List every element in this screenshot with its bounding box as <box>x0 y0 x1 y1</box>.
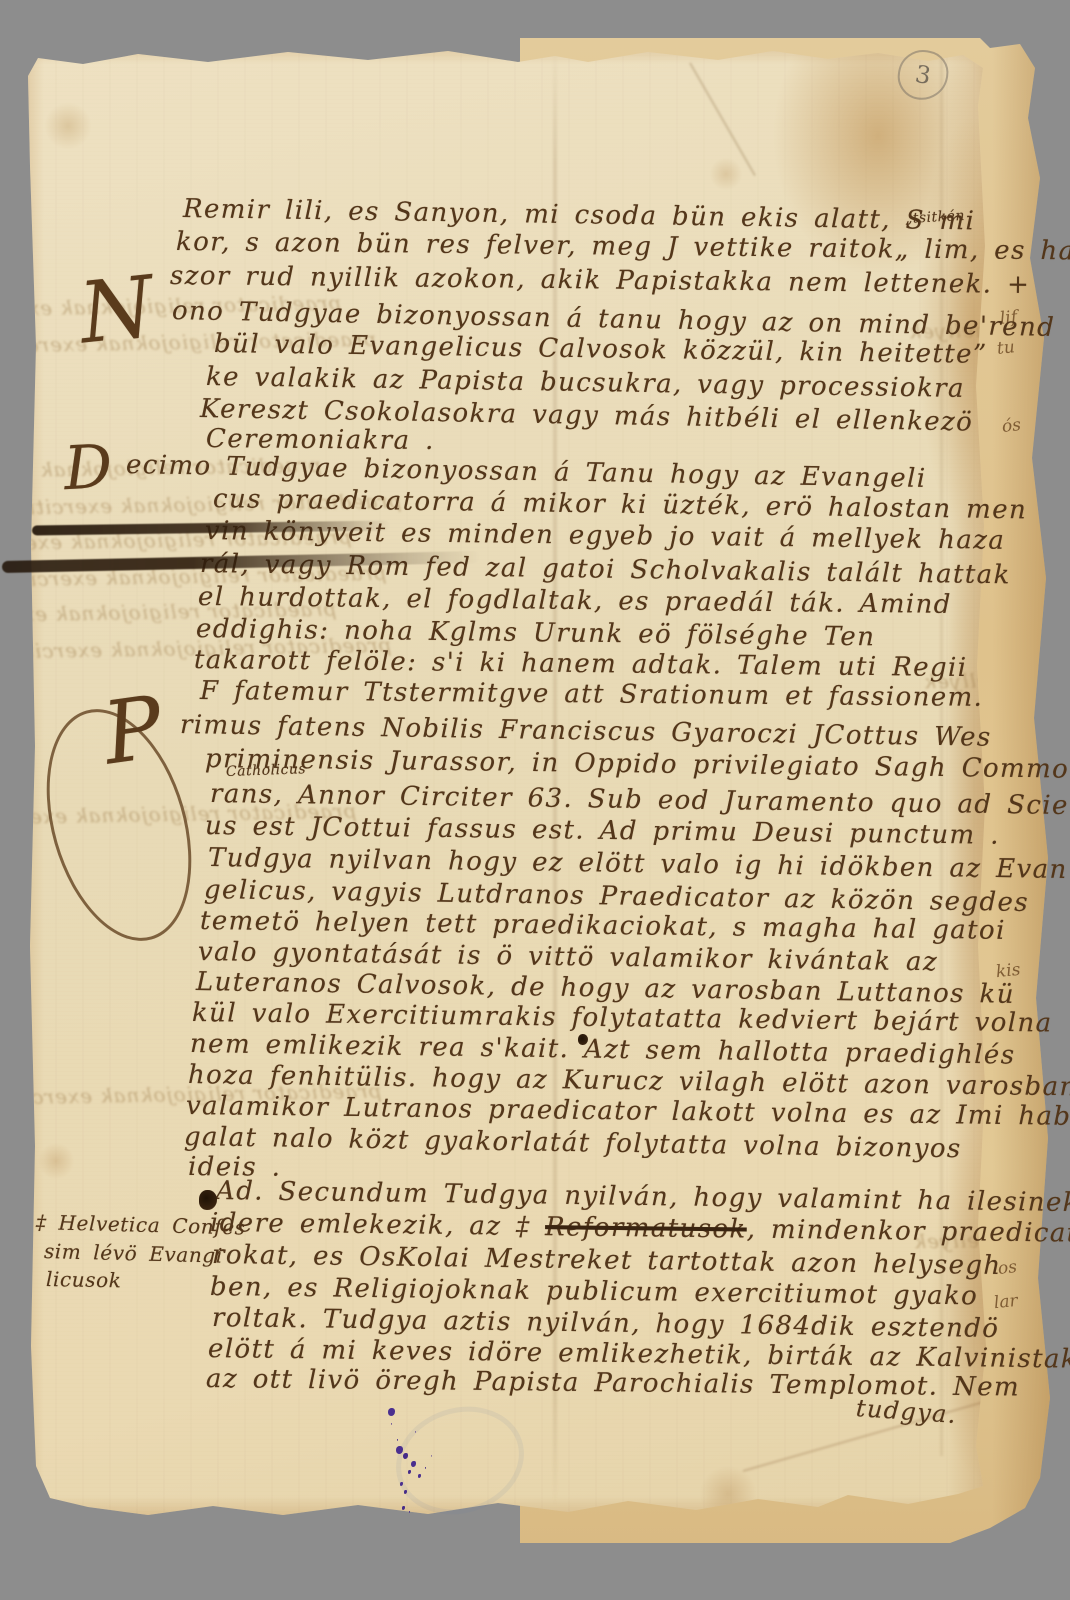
handwriting-line: F fatemur Ttstermitgve att Srationum et … <box>200 678 984 711</box>
paragraph-initial: N <box>76 264 158 355</box>
interlinear-insertion: „tsitkén <box>905 209 966 226</box>
fold-crease-diagonal-top <box>689 63 756 177</box>
handwriting-line: Ceremoniakra . <box>206 426 435 454</box>
photograph-of-manuscript: lif tu ós kis os lar praedicator religio… <box>0 0 1070 1600</box>
handwriting-line: el hurdottak, el fogdlaltak, es praedál … <box>198 584 952 618</box>
line-text: idere emlekezik, az ‡ <box>210 1208 545 1242</box>
line-text: , mindenkor praedicato <box>746 1215 1070 1249</box>
insertion-mark: ‡ <box>36 1210 47 1234</box>
margin-note-text: Helvetica Confes <box>58 1211 246 1240</box>
pencil-page-number-digit: 3 <box>913 60 933 90</box>
catchword: tudgya. <box>855 1396 958 1427</box>
under-sheet-fragment: kis <box>995 962 1021 981</box>
margin-note-line: licusok <box>46 1269 122 1290</box>
paragraph-initial: D <box>62 437 113 499</box>
struck-word: Reformatusok <box>545 1212 747 1244</box>
paragraph-initial: P <box>98 684 167 777</box>
interlinear-insertion: Catholicus <box>226 762 307 779</box>
under-sheet-fragment: lar <box>993 1293 1018 1312</box>
margin-note-line: ‡ Helvetica Confes <box>36 1212 246 1237</box>
margin-note-line: sim lévö Evangi <box>44 1241 223 1266</box>
under-sheet-fragment: ós <box>1001 417 1022 436</box>
